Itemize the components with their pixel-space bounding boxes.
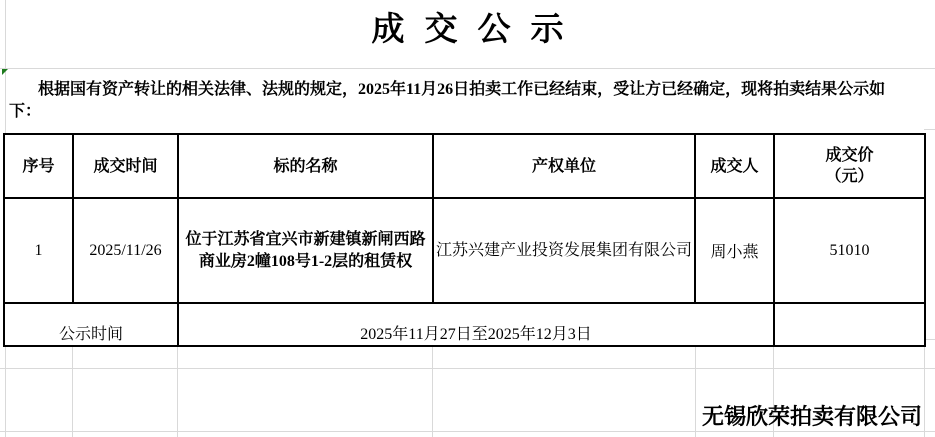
notice-label-cell: 公示时间 [4,303,178,346]
gridline [72,345,73,437]
table-row: 1 2025/11/26 位于江苏省宜兴市新建镇新闸西路商业房2幢108号1-2… [4,198,925,303]
gridline [432,345,433,437]
subject-name-cell: 位于江苏省宜兴市新建镇新闸西路商业房2幢108号1-2层的租赁权 [178,198,433,303]
cell-error-triangle-icon [2,69,8,75]
gridline [695,345,696,437]
col-header-owner: 产权单位 [433,134,695,198]
gridline [924,129,935,130]
col-header-price: 成交价 （元） [774,134,925,198]
gridline [177,345,178,437]
announcement-sheet: 成交公示 根据国有资产转让的相关法律、法规的规定，2025年11月26日拍卖工作… [0,0,935,437]
gridline [924,345,925,437]
empty-cell [774,303,925,346]
col-header-subject: 标的名称 [178,134,433,198]
gridline [0,68,935,69]
col-header-seq: 序号 [4,134,73,198]
seq-cell: 1 [4,198,73,303]
intro-paragraph: 根据国有资产转让的相关法律、法规的规定，2025年11月26日拍卖工作已经结束，… [9,79,911,123]
col-header-date: 成交时间 [73,134,178,198]
page-title: 成交公示 [0,4,935,56]
col-header-buyer: 成交人 [695,134,774,198]
buyer-cell: 周小燕 [695,198,774,303]
gridline [0,368,935,369]
property-owner-cell: 江苏兴建产业投资发展集团有限公司 [433,198,695,303]
notice-period-cell: 2025年11月27日至2025年12月3日 [178,303,774,346]
deal-date-cell: 2025/11/26 [73,198,178,303]
table-header-row: 序号 成交时间 标的名称 产权单位 成交人 成交价 （元） [4,134,925,198]
results-table: 序号 成交时间 标的名称 产权单位 成交人 成交价 （元） 1 2025/11/… [3,133,926,347]
price-cell: 51010 [774,198,925,303]
notice-row: 公示时间 2025年11月27日至2025年12月3日 [4,303,925,346]
gridline [5,345,6,437]
gridline [0,431,935,432]
company-signature: 无锡欣荣拍卖有限公司 [702,403,922,431]
